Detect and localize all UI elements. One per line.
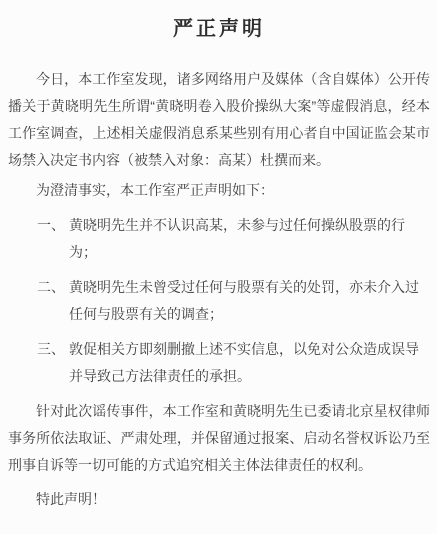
item-text: 黄晓明先生未曾受过任何与股票有关的处罚，亦未介入过任何与股票有关的调查； — [69, 279, 419, 322]
item-number: 三、 — [37, 336, 65, 363]
intro-paragraph: 今日，本工作室发现，诸多网络用户及媒体（含自媒体）公开传播关于黄晓明先生所谓“黄… — [8, 66, 430, 174]
statement-document: 严正声明 今日，本工作室发现，诸多网络用户及媒体（含自媒体）公开传播关于黄晓明先… — [0, 0, 437, 513]
item-number: 一、 — [37, 212, 65, 239]
closing-line: 特此声明！ — [8, 486, 430, 513]
item-text: 黄晓明先生并不认识高某，未参与过任何操纵股票的行为； — [69, 217, 405, 260]
statement-item: 二、 黄晓明先生未曾受过任何与股票有关的处罚，亦未介入过任何与股票有关的调查； — [8, 274, 430, 328]
statement-page: 严正声明 今日，本工作室发现，诸多网络用户及媒体（含自媒体）公开传播关于黄晓明先… — [0, 0, 437, 534]
page-title: 严正声明 — [8, 16, 430, 42]
statement-item: 一、 黄晓明先生并不认识高某，未参与过任何操纵股票的行为； — [8, 212, 430, 266]
clarification-lead: 为澄清事实，本工作室严正声明如下： — [8, 177, 430, 204]
statement-item: 三、 敦促相关方即刻删撤上述不实信息，以免对公众造成误导并导致己方法律责任的承担… — [8, 336, 430, 390]
item-text: 敦促相关方即刻删撤上述不实信息，以免对公众造成误导并导致己方法律责任的承担。 — [69, 341, 419, 384]
legal-paragraph: 针对此次谣传事件，本工作室和黄晓明先生已委请北京星权律师事务所依法取证、严肃处理… — [8, 398, 430, 479]
item-number: 二、 — [37, 274, 65, 301]
